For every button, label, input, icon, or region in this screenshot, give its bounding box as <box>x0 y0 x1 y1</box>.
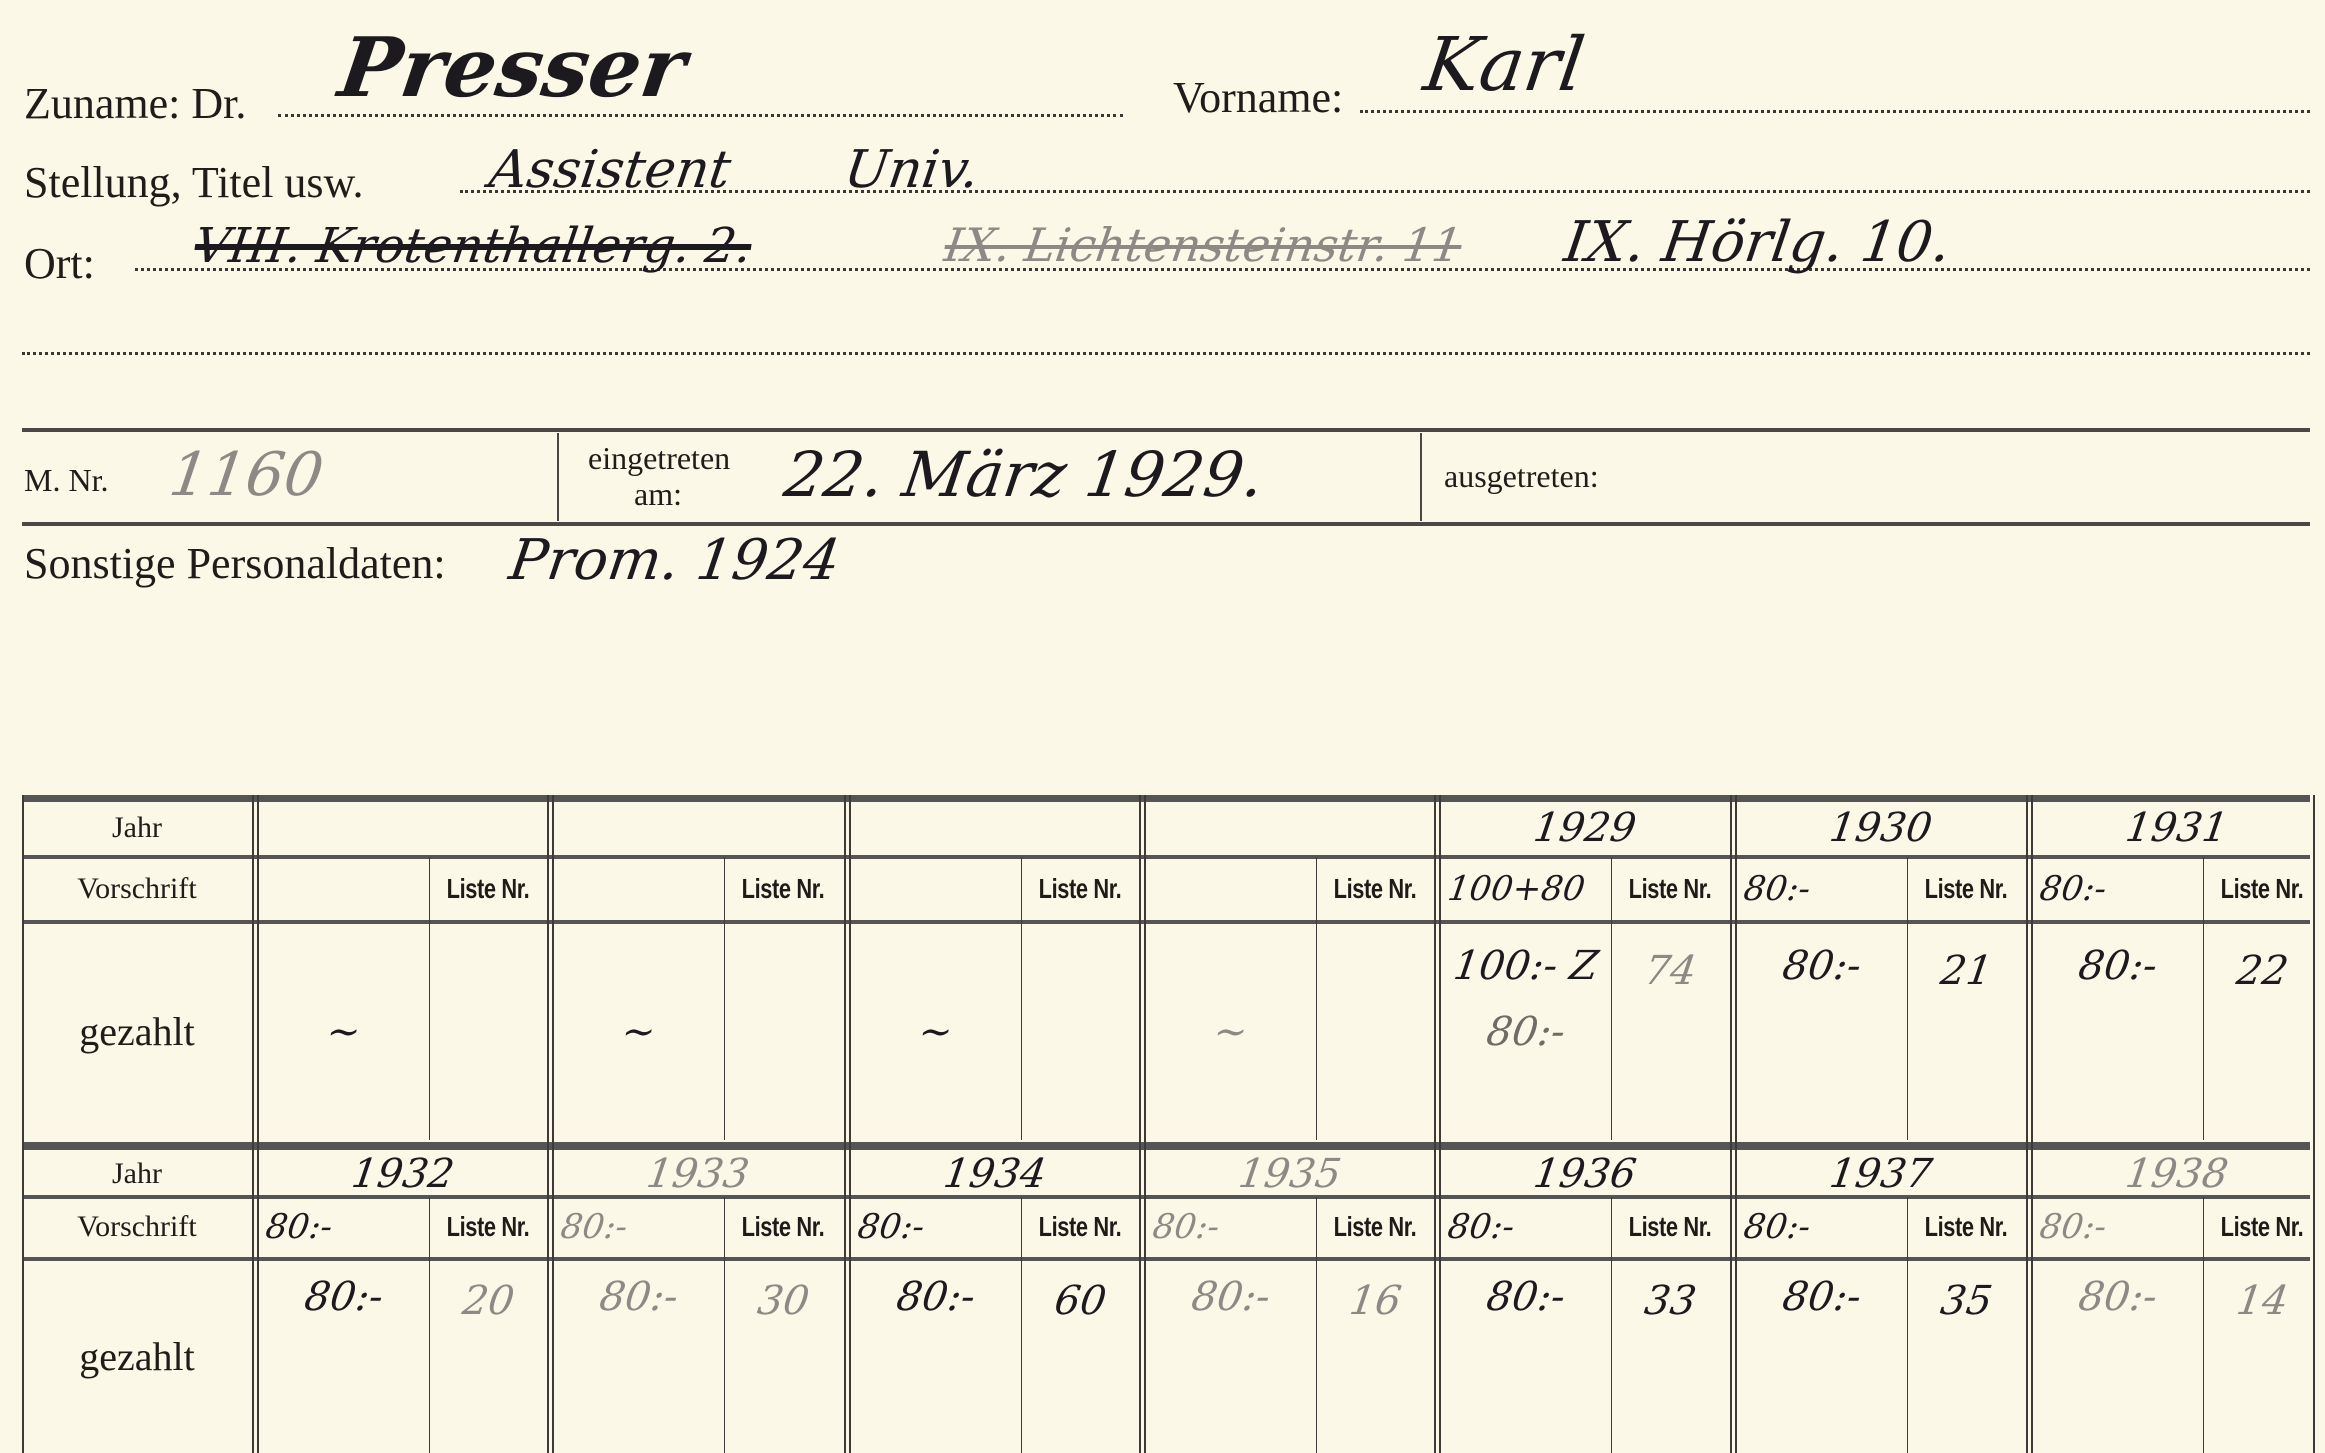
row-label-jahr: Jahr <box>22 800 252 855</box>
year-cell: 1930 <box>1736 800 2025 855</box>
gezahlt-value: 80:- <box>893 1274 977 1320</box>
liste-nr-header: Liste Nr. <box>1021 1197 1139 1257</box>
band-bottom-rule <box>22 522 2310 526</box>
zuname-label: Zuname: Dr. <box>24 78 246 129</box>
eingetreten-value: 22. März 1929. <box>780 438 1269 511</box>
year-value: 1933 <box>643 1153 751 1195</box>
liste-nr-cell: 14 <box>2203 1260 2321 1453</box>
vorname-value: Karl <box>1419 22 1590 108</box>
vorschrift-value: 100+80 <box>1445 869 1587 909</box>
liste-nr-label: Liste Nr. <box>742 1211 825 1243</box>
liste-nr-value: 30 <box>754 1278 811 1324</box>
vorschrift-value: 80:- <box>1741 869 1813 909</box>
liste-nr-label: Liste Nr. <box>2221 1211 2304 1243</box>
vorschrift-cell: 80:- <box>553 1197 732 1257</box>
liste-nr-label: Liste Nr. <box>1629 1211 1712 1243</box>
gezahlt-cell: ~ <box>258 923 429 1140</box>
gezahlt-value: 80:- <box>1779 943 1863 989</box>
vorschrift-cell: 80:- <box>850 1197 1029 1257</box>
year-cell: 1938 <box>2032 1153 2321 1195</box>
liste-nr-header: Liste Nr. <box>1907 857 2025 920</box>
stellung-label: Stellung, Titel usw. <box>24 157 363 208</box>
liste-nr-label: Liste Nr. <box>2221 873 2304 905</box>
stellung-value: Assistent <box>486 140 735 200</box>
gezahlt-cell: 80:- <box>2032 923 2203 1140</box>
row-label-jahr: Jahr <box>22 1153 252 1195</box>
liste-nr-header: Liste Nr. <box>2203 1197 2321 1257</box>
group-divider <box>1434 795 1436 1453</box>
group-divider <box>252 795 254 1453</box>
year-value: 1930 <box>1826 805 1934 851</box>
eingetreten-label: eingetreten <box>588 440 730 477</box>
band-divider-1 <box>557 433 559 521</box>
liste-nr-label: Liste Nr. <box>1334 1211 1417 1243</box>
year-value: 1934 <box>940 1153 1048 1195</box>
liste-nr-value: 33 <box>1641 1278 1698 1324</box>
gezahlt-value: 80:- <box>1188 1274 1272 1320</box>
mnr-value: 1160 <box>165 440 328 510</box>
liste-nr-label: Liste Nr. <box>1334 873 1417 905</box>
liste-nr-cell <box>1021 923 1139 1140</box>
gezahlt-value-2: 80:- <box>1483 1009 1567 1055</box>
blank-dotted-line <box>22 352 2310 355</box>
liste-nr-label: Liste Nr. <box>742 873 825 905</box>
vorschrift-value: 80:- <box>558 1207 630 1247</box>
liste-nr-label: Liste Nr. <box>1629 873 1712 905</box>
mnr-label: M. Nr. <box>24 462 108 499</box>
liste-nr-value: 16 <box>1346 1278 1403 1324</box>
table-rule <box>22 1142 2310 1150</box>
vorschrift-value: 80:- <box>855 1207 927 1247</box>
year-cell: 1935 <box>1145 1153 1434 1195</box>
year-value: 1937 <box>1826 1153 1934 1195</box>
vorschrift-value: 80:- <box>1150 1207 1222 1247</box>
liste-nr-header: Liste Nr. <box>1316 857 1434 920</box>
ausgetreten-label: ausgetreten: <box>1444 458 1599 495</box>
vorschrift-cell <box>553 857 732 920</box>
liste-nr-cell <box>429 923 547 1140</box>
liste-nr-label: Liste Nr. <box>447 1211 530 1243</box>
ort-struck-1: VIII. Krotenthallerg. 2. <box>191 218 755 274</box>
gezahlt-value: 100:- Z <box>1450 943 1600 989</box>
liste-nr-header: Liste Nr. <box>1316 1197 1434 1257</box>
ort-current: IX. Hörlg. 10. <box>1560 210 1954 275</box>
liste-nr-label: Liste Nr. <box>1925 1211 2008 1243</box>
vorname-label: Vorname: <box>1173 72 1343 123</box>
row-label-gezahlt: gezahlt <box>22 923 252 1140</box>
gezahlt-cell: ~ <box>553 923 724 1140</box>
liste-nr-value: 35 <box>1937 1278 1994 1324</box>
gezahlt-cell: 80:- <box>258 1260 429 1453</box>
liste-nr-label: Liste Nr. <box>447 873 530 905</box>
vorname-line <box>1360 110 2310 113</box>
gezahlt-value: 80:- <box>2075 1274 2159 1320</box>
vorschrift-value: 80:- <box>263 1207 335 1247</box>
year-cell: 1936 <box>1440 1153 1729 1195</box>
sonstige-value: Prom. 1924 <box>505 528 844 593</box>
liste-nr-label: Liste Nr. <box>1925 873 2008 905</box>
year-value: 1932 <box>348 1153 456 1195</box>
vorschrift-cell <box>1145 857 1324 920</box>
liste-nr-cell: 35 <box>1907 1260 2025 1453</box>
gezahlt-cell: ~ <box>1145 923 1316 1140</box>
year-value: 1938 <box>2122 1153 2230 1195</box>
gezahlt-cell: 80:- <box>1736 1260 1907 1453</box>
liste-nr-cell <box>1316 923 1434 1140</box>
liste-nr-header: Liste Nr. <box>1907 1197 2025 1257</box>
liste-nr-header: Liste Nr. <box>724 1197 842 1257</box>
gezahlt-value: ~ <box>619 1009 659 1055</box>
liste-nr-header: Liste Nr. <box>429 1197 547 1257</box>
gezahlt-value: ~ <box>1211 1009 1251 1055</box>
year-cell: 1931 <box>2032 800 2321 855</box>
year-cell <box>850 800 1139 855</box>
vorschrift-cell: 100+80 <box>1440 857 1619 920</box>
gezahlt-cell: 80:- <box>553 1260 724 1453</box>
group-divider <box>1730 795 1732 1453</box>
eingetreten-am-label: am: <box>634 476 682 513</box>
liste-nr-cell: 22 <box>2203 923 2321 1140</box>
vorschrift-value: 80:- <box>2037 1207 2109 1247</box>
group-divider <box>2026 795 2028 1453</box>
liste-nr-header: Liste Nr. <box>1611 857 1729 920</box>
liste-nr-value: 22 <box>2233 948 2290 994</box>
vorschrift-cell: 80:- <box>258 1197 437 1257</box>
year-cell: 1934 <box>850 1153 1139 1195</box>
year-value: 1935 <box>1235 1153 1343 1195</box>
gezahlt-cell: 80:- <box>1440 1260 1611 1453</box>
stellung-value-2: Univ. <box>841 140 983 200</box>
liste-nr-cell: 16 <box>1316 1260 1434 1453</box>
gezahlt-value: 80:- <box>1779 1274 1863 1320</box>
vorschrift-cell <box>258 857 437 920</box>
year-cell <box>1145 800 1434 855</box>
sonstige-label: Sonstige Personaldaten: <box>24 538 446 589</box>
band-top-rule <box>22 428 2310 432</box>
year-cell <box>553 800 842 855</box>
year-value: 1931 <box>2122 805 2230 851</box>
band-divider-2 <box>1420 433 1422 521</box>
gezahlt-cell: 80:- <box>850 1260 1021 1453</box>
gezahlt-value: ~ <box>916 1009 956 1055</box>
payment-table: JahrVorschriftgezahltListe Nr.~Liste Nr.… <box>22 795 2310 1453</box>
liste-nr-cell: 21 <box>1907 923 2025 1140</box>
group-divider <box>547 795 549 1453</box>
liste-nr-cell: 33 <box>1611 1260 1729 1453</box>
row-label-vorschrift: Vorschrift <box>22 857 252 920</box>
liste-nr-cell <box>724 923 842 1140</box>
liste-nr-header: Liste Nr. <box>429 857 547 920</box>
gezahlt-value: 80:- <box>2075 943 2159 989</box>
liste-nr-label: Liste Nr. <box>1039 873 1122 905</box>
gezahlt-value: 80:- <box>1483 1274 1567 1320</box>
row-label-gezahlt: gezahlt <box>22 1260 252 1453</box>
year-cell: 1932 <box>258 1153 547 1195</box>
gezahlt-cell: ~ <box>850 923 1021 1140</box>
vorschrift-cell: 80:- <box>2032 1197 2211 1257</box>
vorschrift-cell: 80:- <box>1145 1197 1324 1257</box>
liste-nr-value: 20 <box>459 1278 516 1324</box>
liste-nr-cell: 20 <box>429 1260 547 1453</box>
ort-struck-2: IX. Lichtensteinstr. 11 <box>941 218 1465 272</box>
vorschrift-cell: 80:- <box>1440 1197 1619 1257</box>
gezahlt-cell: 80:- <box>1145 1260 1316 1453</box>
row-label-vorschrift: Vorschrift <box>22 1197 252 1257</box>
liste-nr-value: 21 <box>1937 948 1994 994</box>
stellung-line <box>460 190 2310 193</box>
vorschrift-value: 80:- <box>1445 1207 1517 1247</box>
year-cell: 1929 <box>1440 800 1729 855</box>
vorschrift-cell: 80:- <box>1736 1197 1915 1257</box>
group-divider <box>1139 795 1141 1453</box>
vorschrift-value: 80:- <box>2037 869 2109 909</box>
vorschrift-value: 80:- <box>1741 1207 1813 1247</box>
year-cell: 1937 <box>1736 1153 2025 1195</box>
gezahlt-value: ~ <box>324 1009 364 1055</box>
gezahlt-cell: 100:- Z80:- <box>1440 923 1611 1140</box>
liste-nr-value: 14 <box>2233 1278 2290 1324</box>
gezahlt-value: 80:- <box>596 1274 680 1320</box>
liste-nr-cell: 60 <box>1021 1260 1139 1453</box>
liste-nr-header: Liste Nr. <box>1611 1197 1729 1257</box>
liste-nr-cell: 74 <box>1611 923 1729 1140</box>
vorschrift-cell: 80:- <box>2032 857 2211 920</box>
year-cell <box>258 800 547 855</box>
vorschrift-cell: 80:- <box>1736 857 1915 920</box>
vorschrift-cell <box>850 857 1029 920</box>
zuname-value: Presser <box>333 20 691 116</box>
year-cell: 1933 <box>553 1153 842 1195</box>
gezahlt-cell: 80:- <box>2032 1260 2203 1453</box>
year-value: 1936 <box>1530 1153 1638 1195</box>
liste-nr-header: Liste Nr. <box>2203 857 2321 920</box>
liste-nr-value: 60 <box>1051 1278 1108 1324</box>
group-divider <box>844 795 846 1453</box>
ort-label: Ort: <box>24 238 95 289</box>
liste-nr-header: Liste Nr. <box>724 857 842 920</box>
liste-nr-value: 74 <box>1641 948 1698 994</box>
gezahlt-cell: 80:- <box>1736 923 1907 1140</box>
liste-nr-cell: 30 <box>724 1260 842 1453</box>
year-value: 1929 <box>1530 805 1638 851</box>
liste-nr-label: Liste Nr. <box>1039 1211 1122 1243</box>
gezahlt-value: 80:- <box>301 1274 385 1320</box>
liste-nr-header: Liste Nr. <box>1021 857 1139 920</box>
